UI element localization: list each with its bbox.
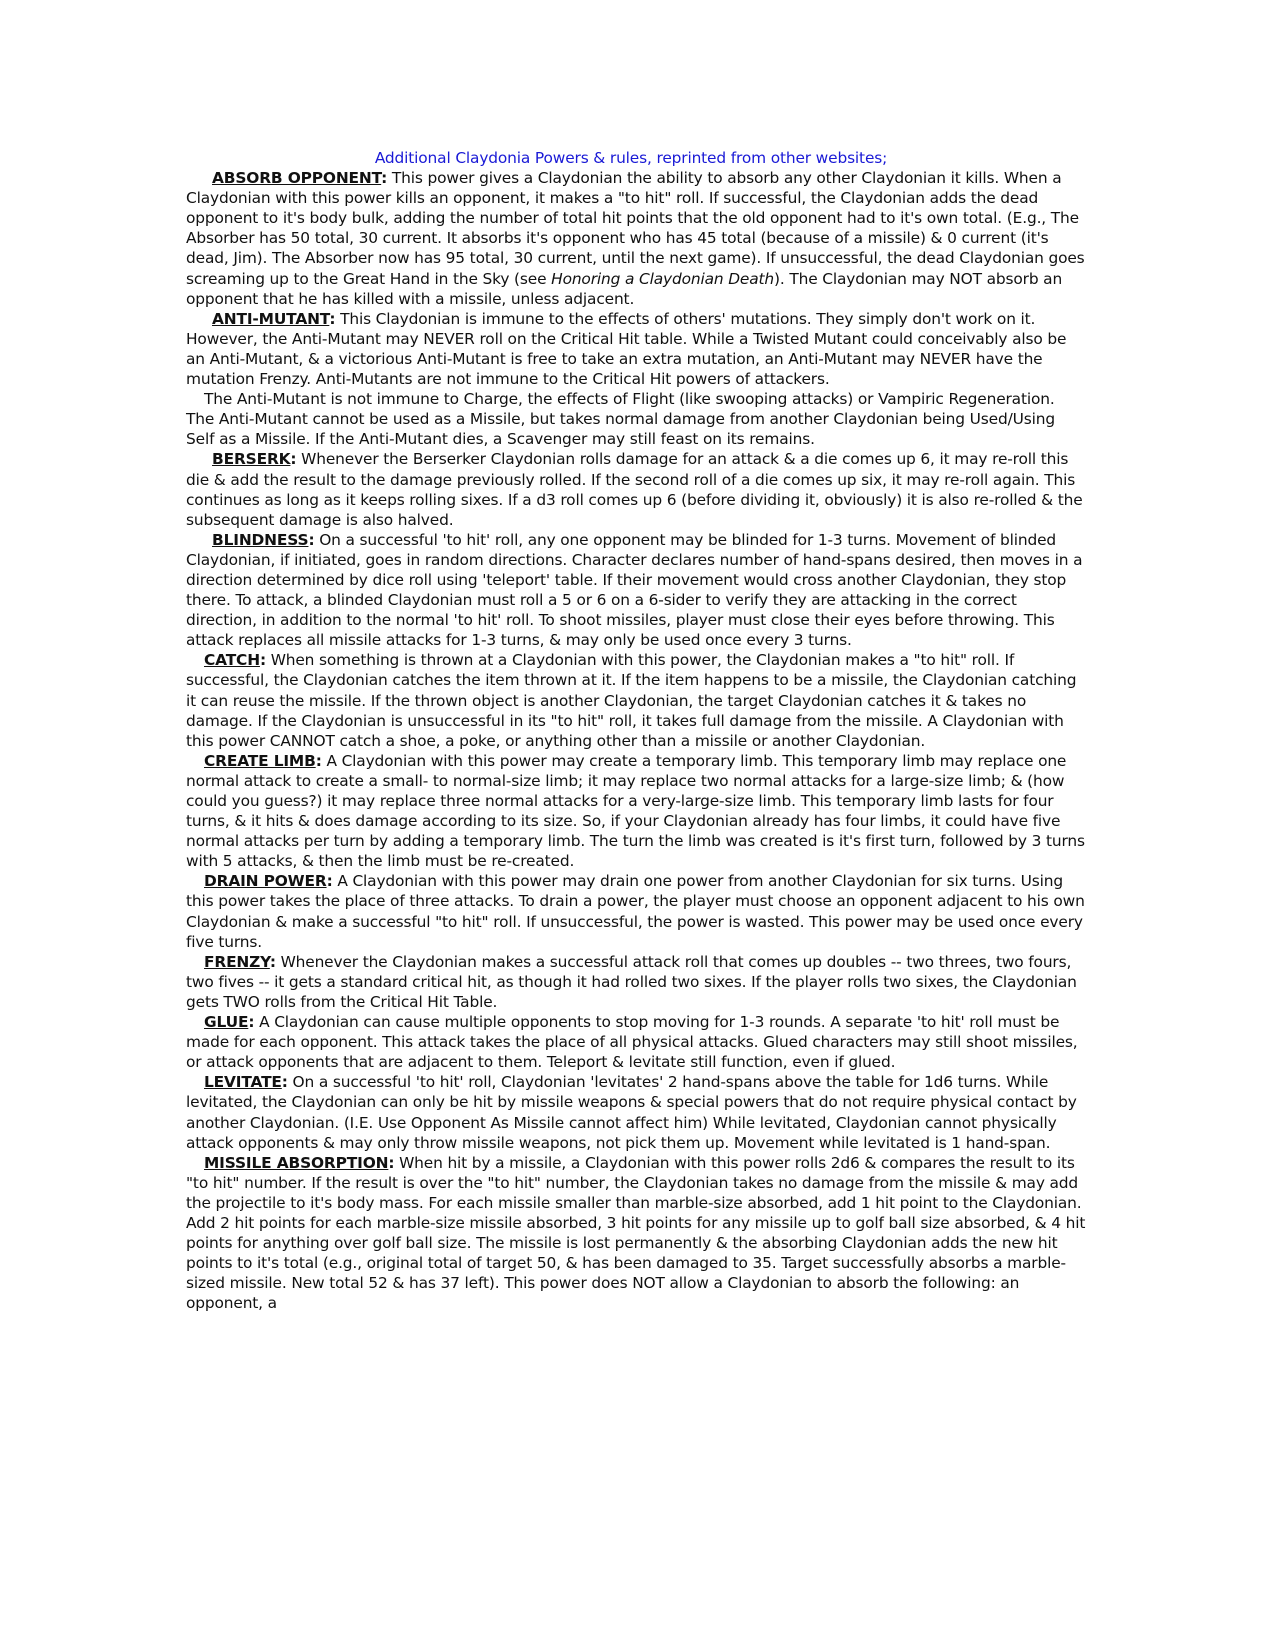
section-heading: DRAIN POWER: bbox=[204, 872, 333, 890]
section-heading: GLUE: bbox=[204, 1013, 254, 1031]
section-frenzy: FRENZY: Whenever the Claydonian makes a … bbox=[186, 952, 1086, 1012]
document-title: Additional Claydonia Powers & rules, rep… bbox=[186, 148, 1086, 168]
section-heading: BLINDNESS: bbox=[212, 531, 314, 549]
section-anti-mutant-continuation: The Anti-Mutant is not immune to Charge,… bbox=[186, 389, 1086, 449]
section-glue: GLUE: A Claydonian can cause multiple op… bbox=[186, 1012, 1086, 1072]
section-heading: BERSERK: bbox=[212, 450, 296, 468]
section-heading: FRENZY: bbox=[204, 953, 276, 971]
section-anti-mutant: ANTI-MUTANT: This Claydonian is immune t… bbox=[186, 309, 1086, 389]
section-heading: LEVITATE: bbox=[204, 1073, 288, 1091]
cross-reference: Honoring a Claydonian Death bbox=[551, 270, 774, 288]
document-page: Additional Claydonia Powers & rules, rep… bbox=[186, 148, 1086, 1313]
section-create-limb: CREATE LIMB: A Claydonian with this powe… bbox=[186, 751, 1086, 872]
section-catch: CATCH: When something is thrown at a Cla… bbox=[186, 650, 1086, 750]
section-heading: MISSILE ABSORPTION: bbox=[204, 1154, 394, 1172]
section-missile-absorption: MISSILE ABSORPTION: When hit by a missil… bbox=[186, 1153, 1086, 1314]
section-blindness: BLINDNESS: On a successful 'to hit' roll… bbox=[186, 530, 1086, 651]
section-heading: CATCH: bbox=[204, 651, 266, 669]
section-levitate: LEVITATE: On a successful 'to hit' roll,… bbox=[186, 1072, 1086, 1152]
section-heading: ANTI-MUTANT: bbox=[212, 310, 335, 328]
section-heading: CREATE LIMB: bbox=[204, 752, 322, 770]
section-absorb-opponent: ABSORB OPPONENT: This power gives a Clay… bbox=[186, 168, 1086, 309]
section-heading: ABSORB OPPONENT: bbox=[212, 169, 387, 187]
section-berserk: BERSERK: Whenever the Berserker Claydoni… bbox=[186, 449, 1086, 529]
section-drain-power: DRAIN POWER: A Claydonian with this powe… bbox=[186, 871, 1086, 951]
